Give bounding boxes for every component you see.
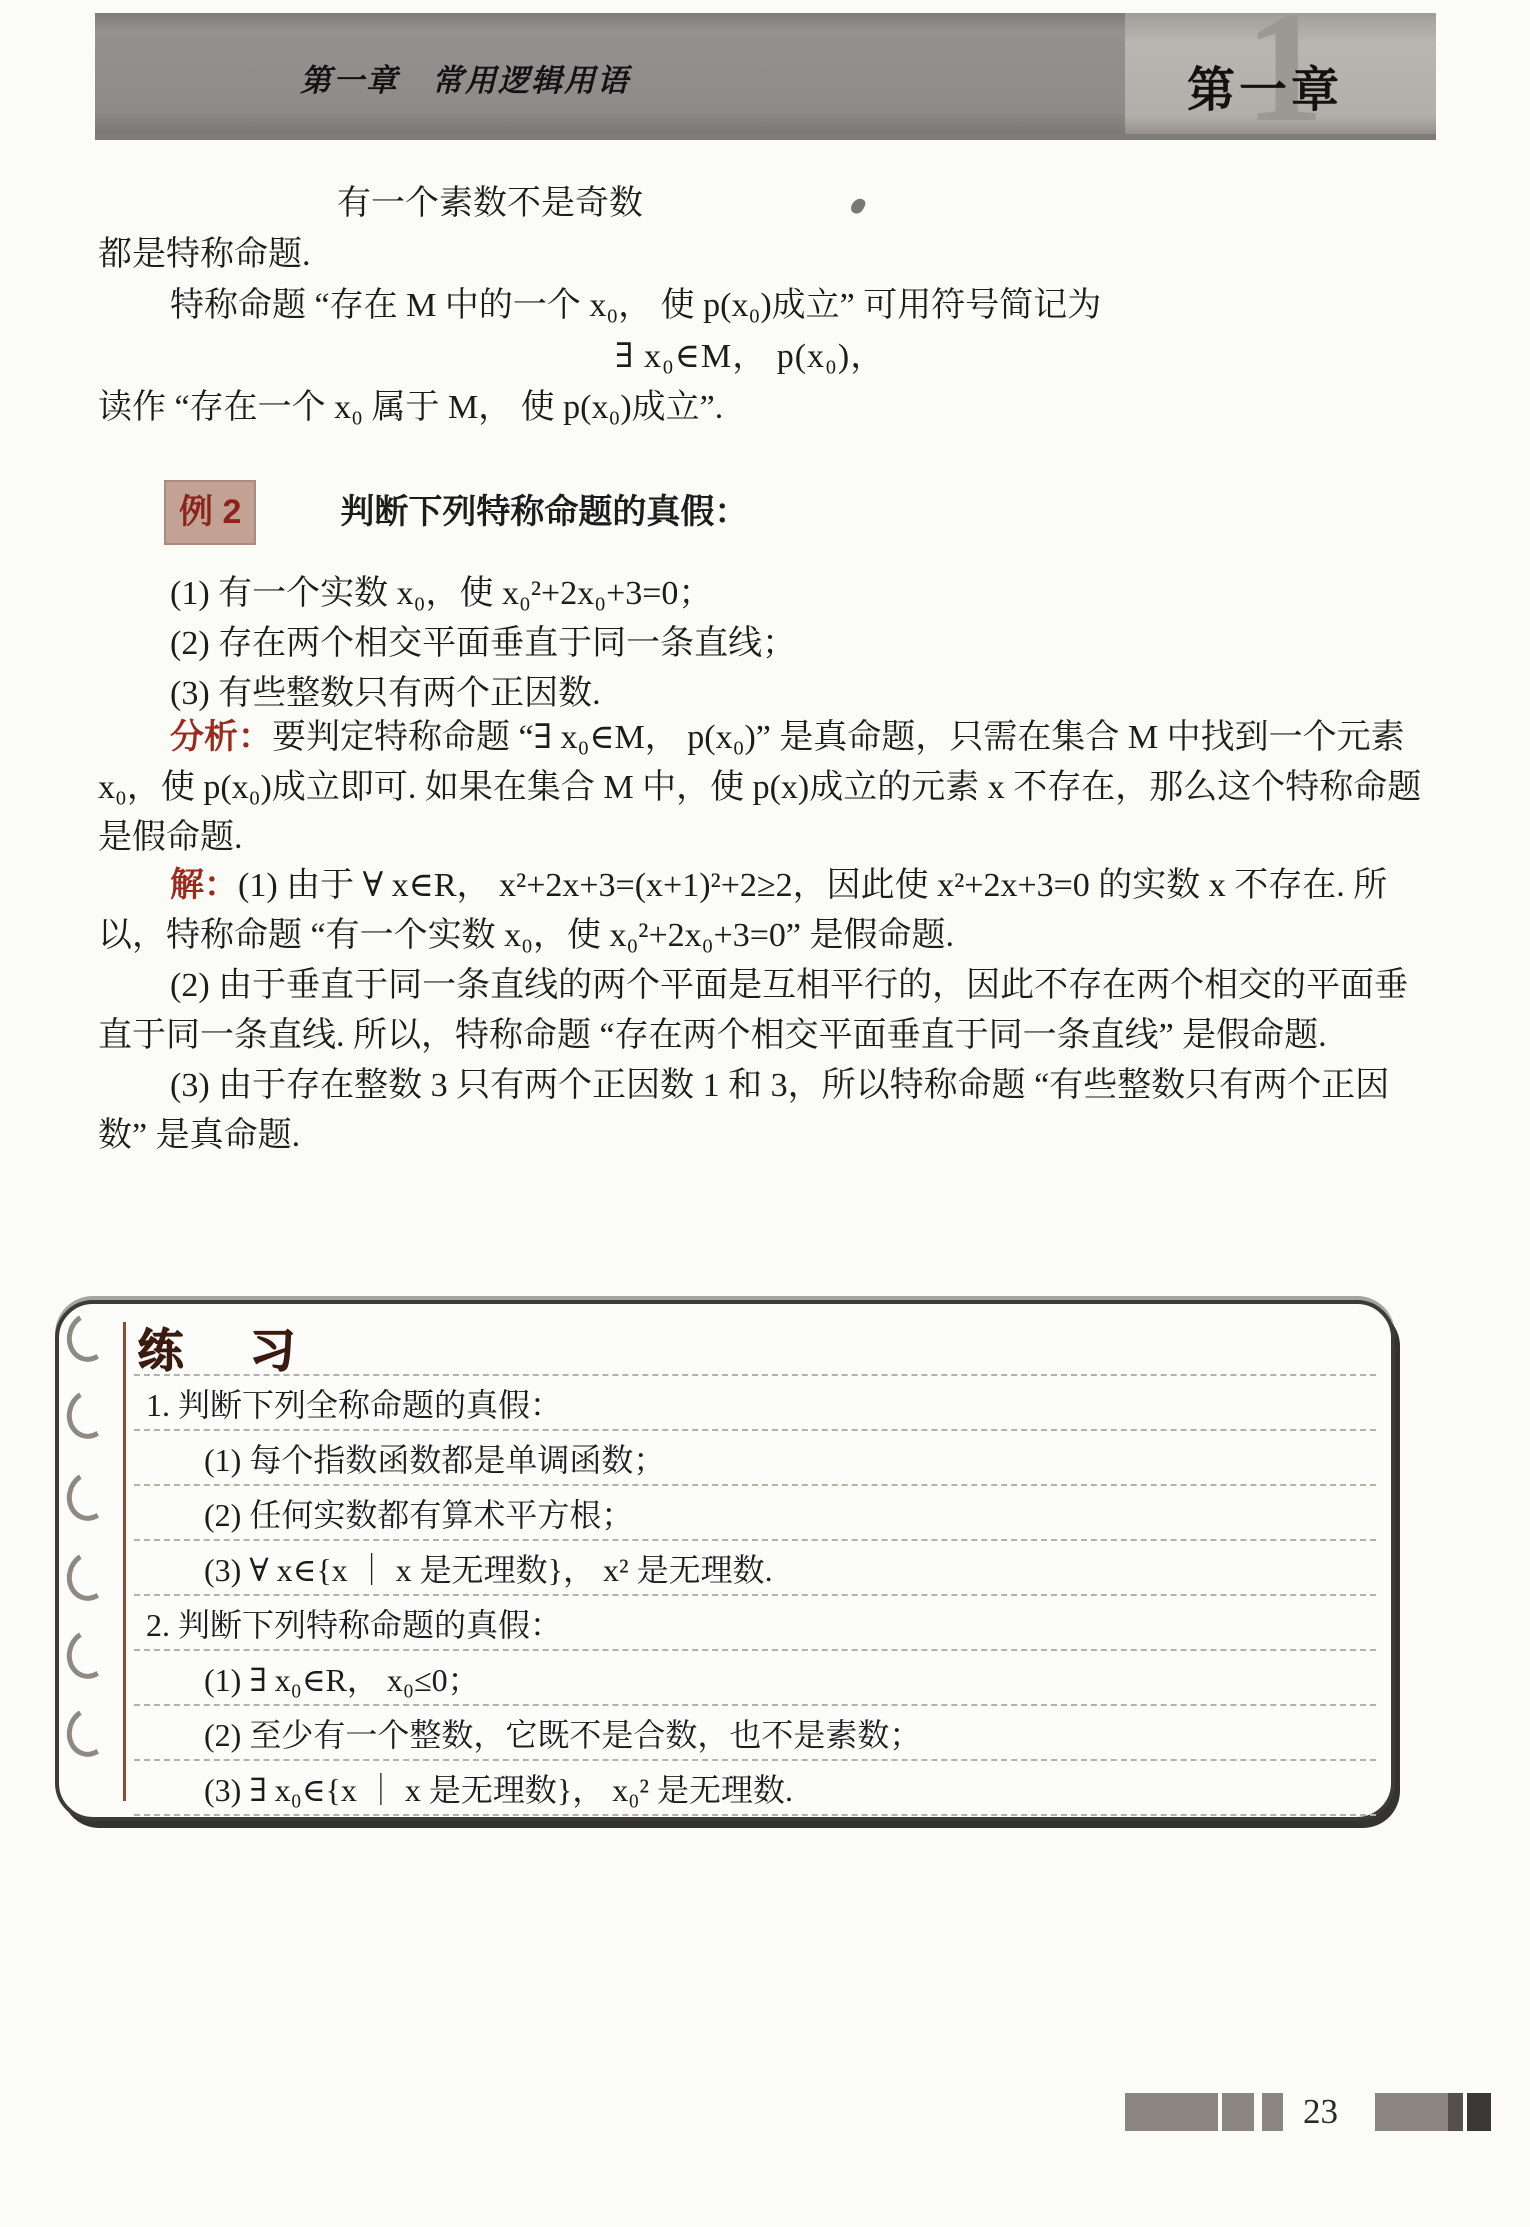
footer-decoration-block [1467, 2093, 1491, 2131]
solution-part-3: (3) 由于存在整数 3 只有两个正因数 1 和 3，所以特称命题 “有些整数只… [98, 1061, 1437, 1161]
practice-item-2-2: (2) 至少有一个整数，它既不是合数，也不是素数； [134, 1706, 1376, 1761]
footer-decoration-block [1375, 2093, 1448, 2131]
binder-ring-icon [61, 1466, 116, 1526]
practice-box: 练 习 1. 判断下列全称命题的真假： (1) 每个指数函数都是单调函数； (2… [55, 1300, 1395, 1821]
solution-section: 解：(1) 由于 ∀ x∈R， x²+2x+3=(x+1)²+2≥2，因此使 x… [98, 860, 1437, 1161]
binder-ring-icon [61, 1702, 116, 1762]
chapter-number-tab: 1 第一章 [1125, 13, 1436, 134]
chapter-banner: 第一章 常用逻辑用语 1 第一章 [95, 13, 1436, 140]
solution-part-2: (2) 由于垂直于同一条直线的两个平面是互相平行的，因此不存在两个相交的平面垂直… [98, 961, 1437, 1061]
binder-ring-icon [61, 1307, 116, 1367]
example2-item-2: (2) 存在两个相交平面垂直于同一条直线； [170, 619, 1437, 669]
practice-item-1-3: (3) ∀ x∈{x ｜ x 是无理数}， x² 是无理数. [134, 1541, 1376, 1596]
practice-item-2-1: (1) ∃ x₀∈R， x₀≤0； [134, 1651, 1376, 1706]
footer-decoration-block [1125, 2093, 1218, 2131]
existential-formula: ∃ x₀∈M， p(x₀)， [615, 331, 1437, 382]
analysis-text: 要判定特称命题 “∃ x₀∈M， p(x₀)” 是真命题，只需在集合 M 中找到… [98, 719, 1421, 856]
binder-ring-icon [61, 1624, 116, 1684]
practice-item-2-3: (3) ∃ x₀∈{x ｜ x 是无理数}， x₀² 是无理数. [134, 1761, 1376, 1816]
analysis-section: 分析：要判定特称命题 “∃ x₀∈M， p(x₀)” 是真命题，只需在集合 M … [98, 712, 1437, 863]
example2-items: (1) 有一个实数 x₀，使 x₀²+2x₀+3=0； (2) 存在两个相交平面… [98, 569, 1437, 719]
example-proposition-line: 有一个素数不是奇数 [337, 178, 1437, 229]
binder-ring-icon [61, 1546, 116, 1606]
example2-item-1: (1) 有一个实数 x₀，使 x₀²+2x₀+3=0； [170, 569, 1437, 619]
opening-section: 有一个素数不是奇数 都是特称命题. 特称命题 “存在 M 中的一个 x₀， 使 … [98, 178, 1437, 433]
example2-section: 例 2 判断下列特称命题的真假： (1) 有一个实数 x₀，使 x₀²+2x₀+… [98, 480, 1437, 719]
paragraph-read-as: 读作 “存在一个 x₀ 属于 M， 使 p(x₀)成立”. [98, 382, 1437, 433]
textbook-page: 第一章 常用逻辑用语 1 第一章 有一个素数不是奇数 都是特称命题. 特称命题 … [0, 0, 1530, 2227]
solution-label: 解： [170, 866, 238, 904]
footer-decoration-block [1448, 2093, 1463, 2131]
solution-part-1: 解：(1) 由于 ∀ x∈R， x²+2x+3=(x+1)²+2≥2，因此使 x… [98, 860, 1437, 961]
paragraph-all-particular: 都是特称命题. [98, 229, 1437, 280]
page-footer: 23 [0, 2093, 1530, 2133]
practice-item-1-1: (1) 每个指数函数都是单调函数； [134, 1431, 1376, 1486]
example2-badge: 例 2 [164, 480, 256, 545]
running-head-chapter-title: 第一章 常用逻辑用语 [300, 55, 630, 100]
solution-part-1-text: (1) 由于 ∀ x∈R， x²+2x+3=(x+1)²+2≥2，因此使 x²+… [98, 867, 1387, 954]
example2-title: 判断下列特称命题的真假： [340, 487, 748, 538]
paragraph-symbol-intro: 特称命题 “存在 M 中的一个 x₀， 使 p(x₀)成立” 可用符号简记为 [98, 280, 1437, 331]
chapter-tab-label: 第一章 [1187, 51, 1343, 120]
example2-heading: 例 2 判断下列特称命题的真假： [164, 480, 1437, 545]
practice-item-1-2: (2) 任何实数都有算术平方根； [134, 1486, 1376, 1541]
practice-item-1: 1. 判断下列全称命题的真假： [134, 1374, 1376, 1431]
page-number: 23 [1303, 2093, 1338, 2131]
binder-ring-icon [61, 1384, 116, 1444]
footer-decoration-block [1262, 2093, 1283, 2131]
practice-item-2: 2. 判断下列特称命题的真假： [134, 1596, 1376, 1651]
analysis-label: 分析： [170, 718, 272, 756]
practice-list: 1. 判断下列全称命题的真假： (1) 每个指数函数都是单调函数； (2) 任何… [134, 1374, 1376, 1816]
practice-title: 练 习 [137, 1314, 305, 1380]
footer-decoration-block [1222, 2093, 1254, 2131]
practice-margin-line [123, 1322, 126, 1801]
